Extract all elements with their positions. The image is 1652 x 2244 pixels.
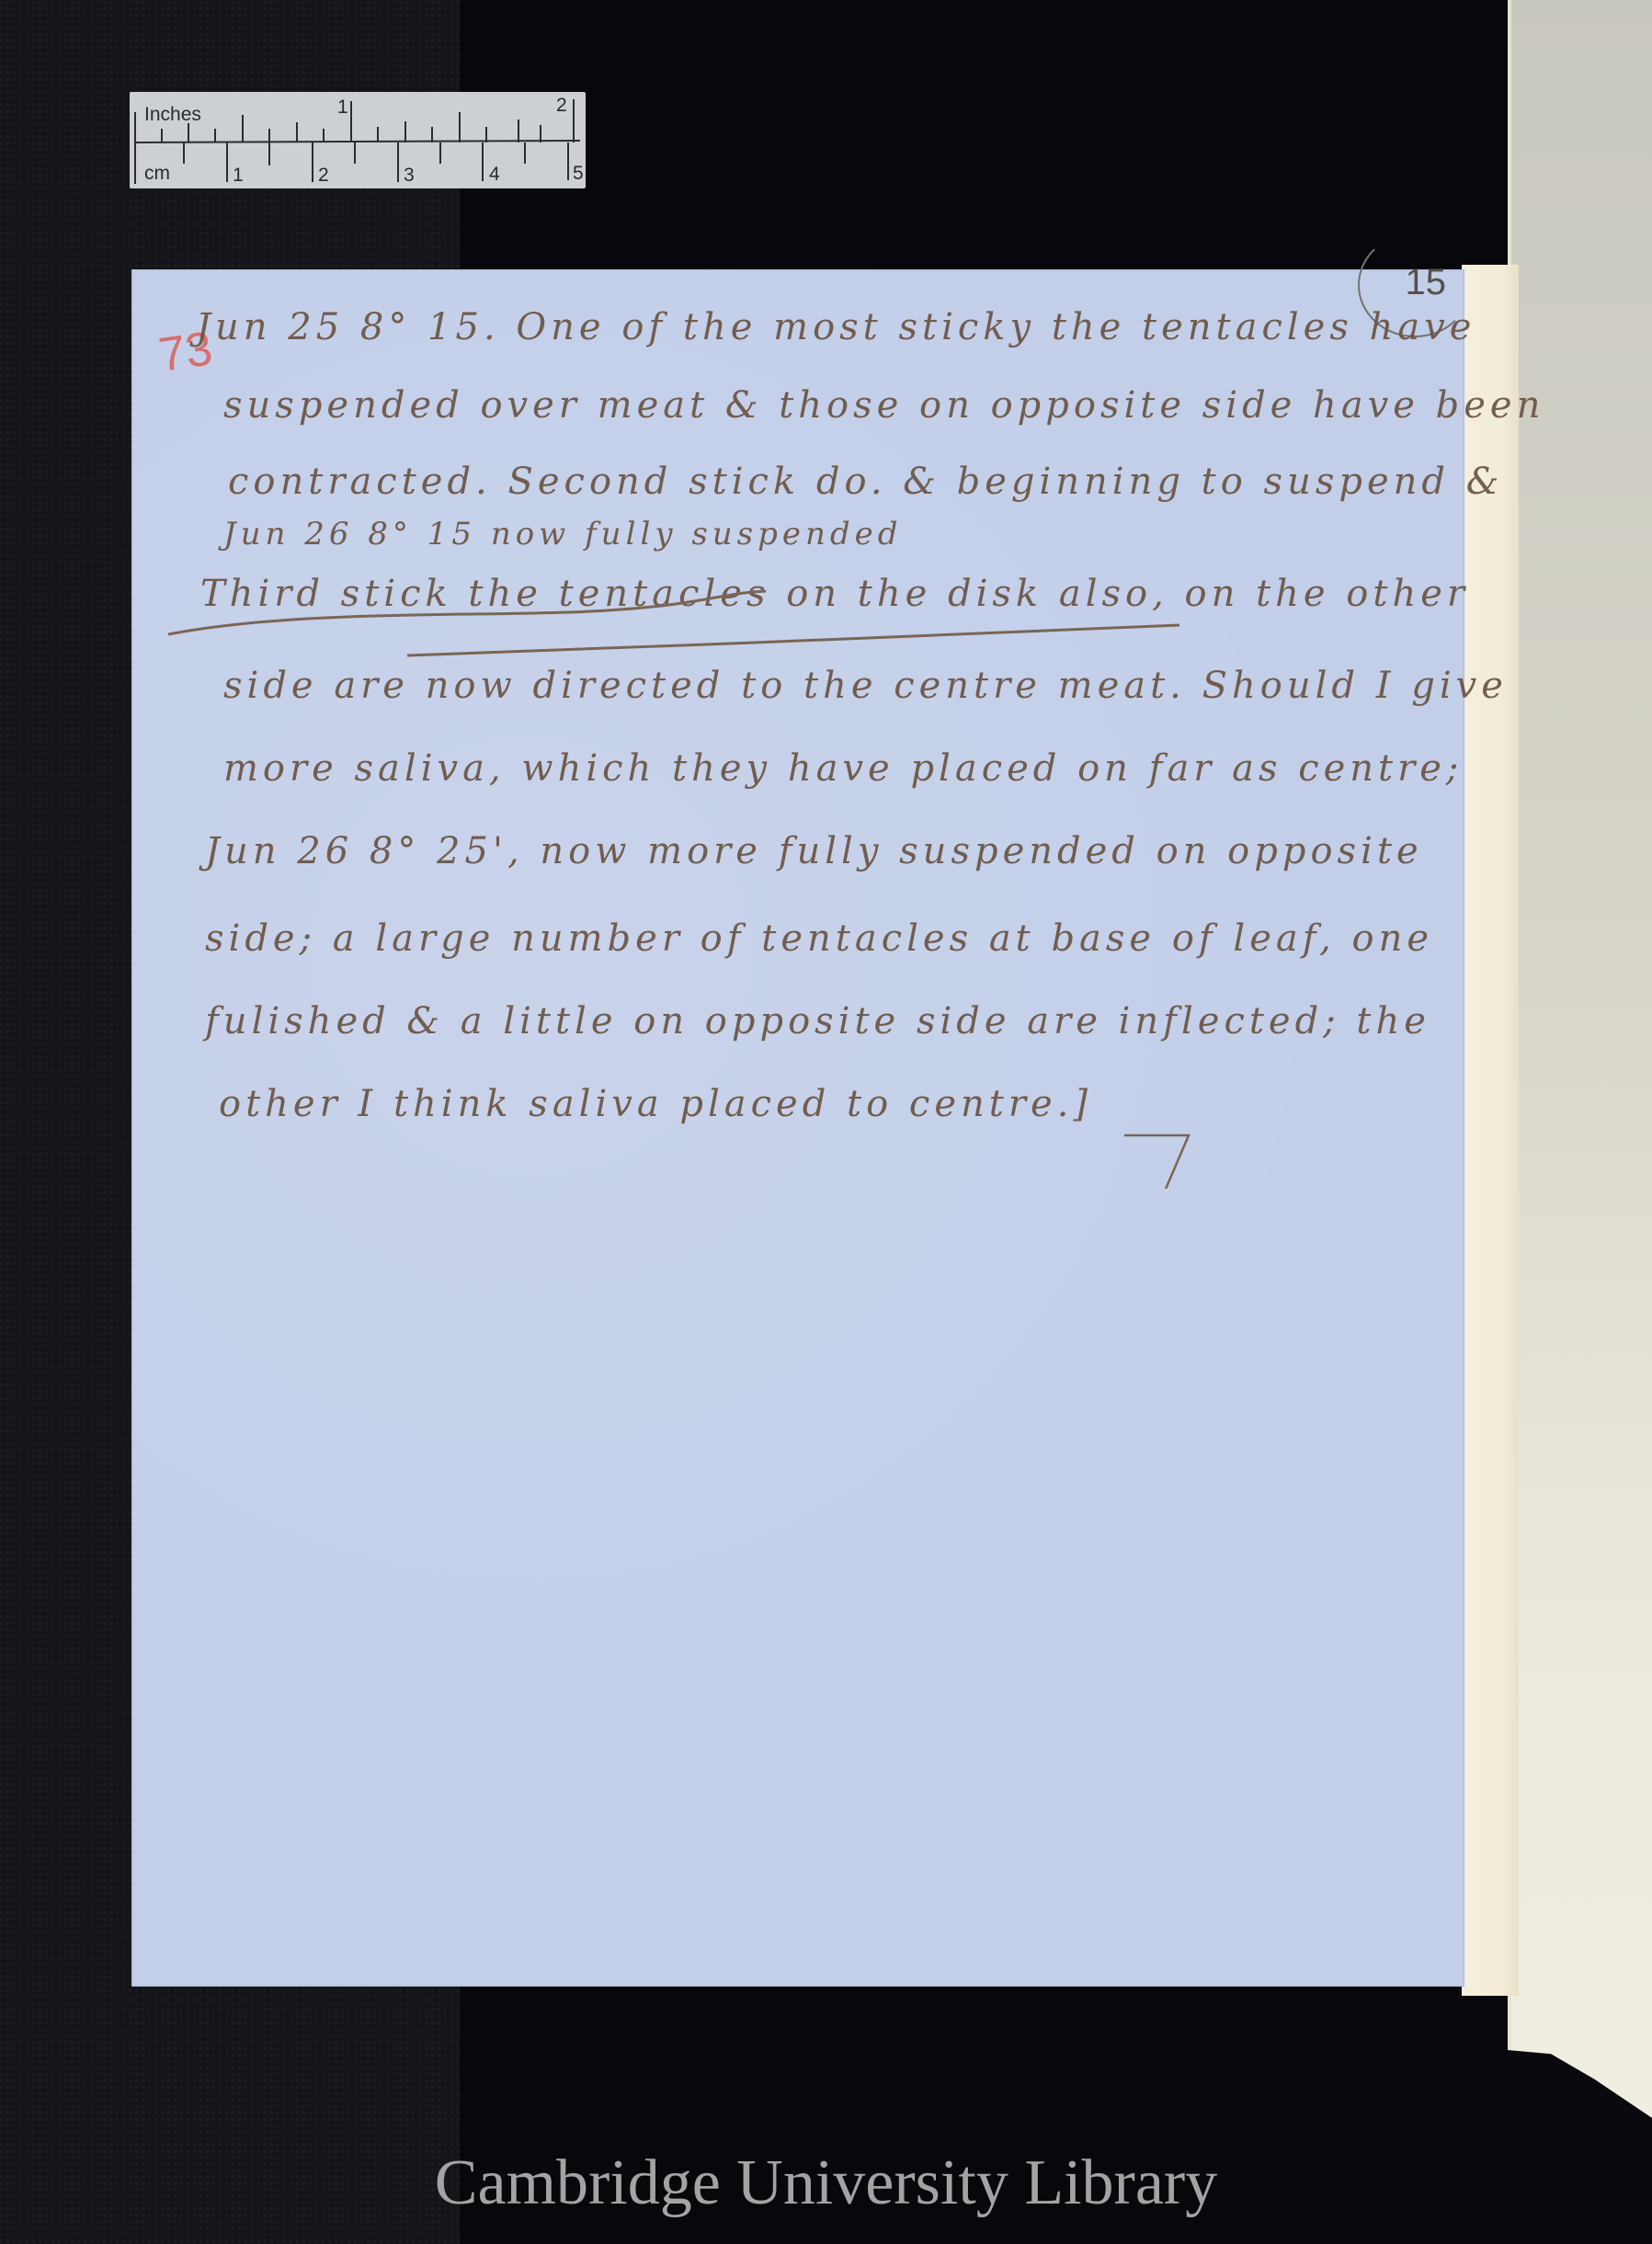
ruler-inches-label: Inches xyxy=(144,105,201,124)
ruler-cm-2: 2 xyxy=(318,165,329,185)
ruler-cm-3: 3 xyxy=(404,165,415,185)
ruler-cm-1: 1 xyxy=(233,165,244,185)
ruler-cm-label: cm xyxy=(144,164,170,183)
library-credit: Cambridge University Library xyxy=(0,2151,1652,2216)
scale-ruler: Inches 1 2 cm 1 2 3 4 5 xyxy=(130,92,586,188)
ruler-cm-5: 5 xyxy=(573,164,584,183)
book-page-right xyxy=(1508,0,1652,2244)
ruler-inch-2: 2 xyxy=(556,96,567,115)
manuscript-page: 15 73 Jun 25 8° 15. One of the most stic… xyxy=(131,269,1464,1987)
underline-strokes xyxy=(131,269,1464,1189)
ruler-cm-4: 4 xyxy=(489,165,500,184)
cream-mount-strip xyxy=(1462,265,1519,1996)
ruler-inch-1: 1 xyxy=(337,97,348,117)
